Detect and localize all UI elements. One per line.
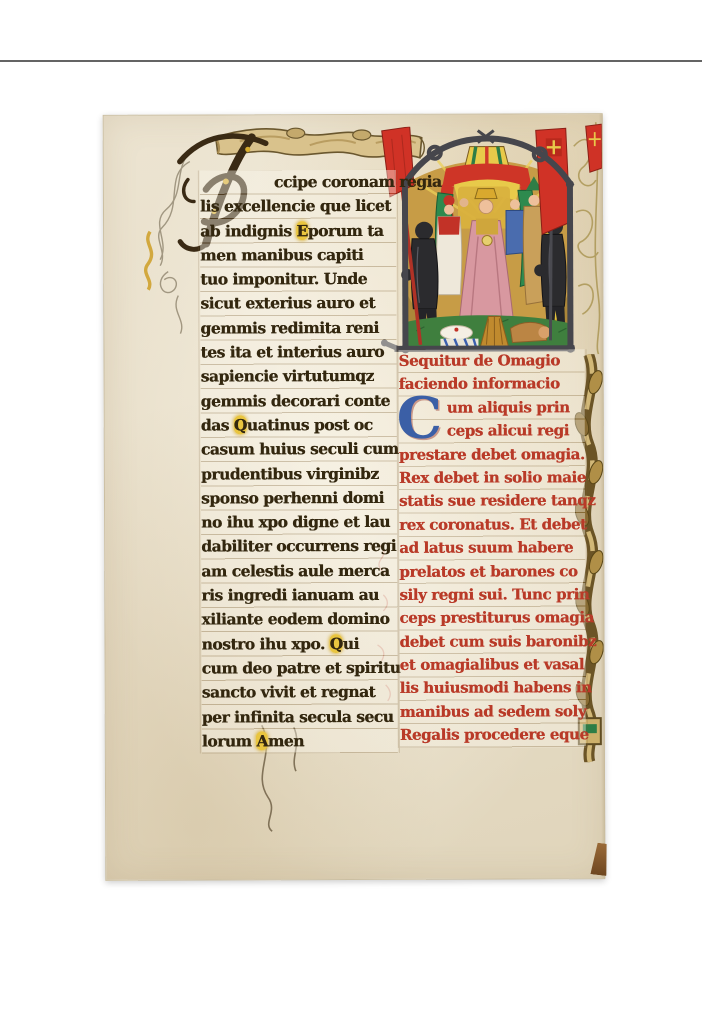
text-line: lis excellencie que licet: [200, 194, 396, 219]
text-line: xiliante eodem domino: [201, 607, 397, 632]
illuminated-initial-c: C: [397, 394, 441, 444]
horizontal-divider: [0, 60, 702, 62]
text-line: ad latus suum habere: [399, 536, 585, 560]
rubric-heading-line: Sequitur de Omagio: [398, 349, 584, 373]
text-line: statis sue residere tanqz: [399, 490, 585, 514]
corner-penwork-and-pennant: [572, 116, 603, 354]
text-line: dabiliter occurrens regi: [201, 534, 397, 559]
text-line: lis huiusmodi habens in: [400, 677, 586, 701]
coronation-miniature: [380, 126, 577, 361]
text-line: ceps prestiturus omagia: [399, 606, 585, 630]
text-line: nostro ihu xpo. Qui: [201, 631, 397, 656]
text-line: das Quatinus post oc: [201, 413, 397, 438]
text-line: sponso perhenni domi: [201, 486, 397, 511]
text-line: sancto vivit et regnat: [202, 680, 398, 705]
text-line: per infinita secula secu: [202, 704, 398, 729]
rubric-text-column: Sequitur de Omagio faciendo informacio u…: [398, 349, 585, 747]
text-line: sapiencie virtutumqz: [201, 364, 397, 389]
text-line: tuo imponitur. Unde: [200, 267, 396, 292]
text-line: sily regni sui. Tunc prin: [399, 583, 585, 607]
text-line: am celestis aule merca: [201, 559, 397, 584]
text-line: manibus ad sedem soly: [400, 700, 586, 724]
text-line: Regalis procedere eque: [400, 723, 586, 747]
text-line: no ihu xpo digne et lau: [201, 510, 397, 535]
manuscript-page: ccipe coronam regialis excellencie que l…: [103, 113, 606, 881]
text-line: gemmis decorari conte: [201, 389, 397, 414]
text-line: et omagialibus et vasal: [400, 653, 586, 677]
text-line: men manibus capiti: [200, 243, 396, 268]
text-line: Rex debet in solio maie: [399, 466, 585, 490]
text-line: casum huius seculi cum: [201, 437, 397, 462]
text-line: cum deo patre et spiritu: [202, 656, 398, 681]
text-line: sicut exterius auro et: [200, 291, 396, 316]
text-line: debet cum suis baronibz: [399, 630, 585, 654]
text-line: ris ingredi ianuam au: [201, 583, 397, 608]
text-line: tes ita et interius auro: [200, 340, 396, 365]
latin-text-column: ccipe coronam regialis excellencie que l…: [200, 170, 398, 754]
text-line: prudentibus virginibz: [201, 461, 397, 486]
text-line: lorum Amen: [202, 729, 398, 754]
text-line: ccipe coronam regia: [200, 170, 396, 195]
text-line: gemmis redimita reni: [200, 316, 396, 341]
text-line: ab indignis Eporum ta: [200, 218, 396, 243]
text-line: prelatos et barones co: [399, 560, 585, 584]
text-line: rex coronatus. Et debet: [399, 513, 585, 537]
fore-edge-tab: [590, 842, 610, 876]
photo-canvas: ccipe coronam regialis excellencie que l…: [0, 0, 702, 1020]
